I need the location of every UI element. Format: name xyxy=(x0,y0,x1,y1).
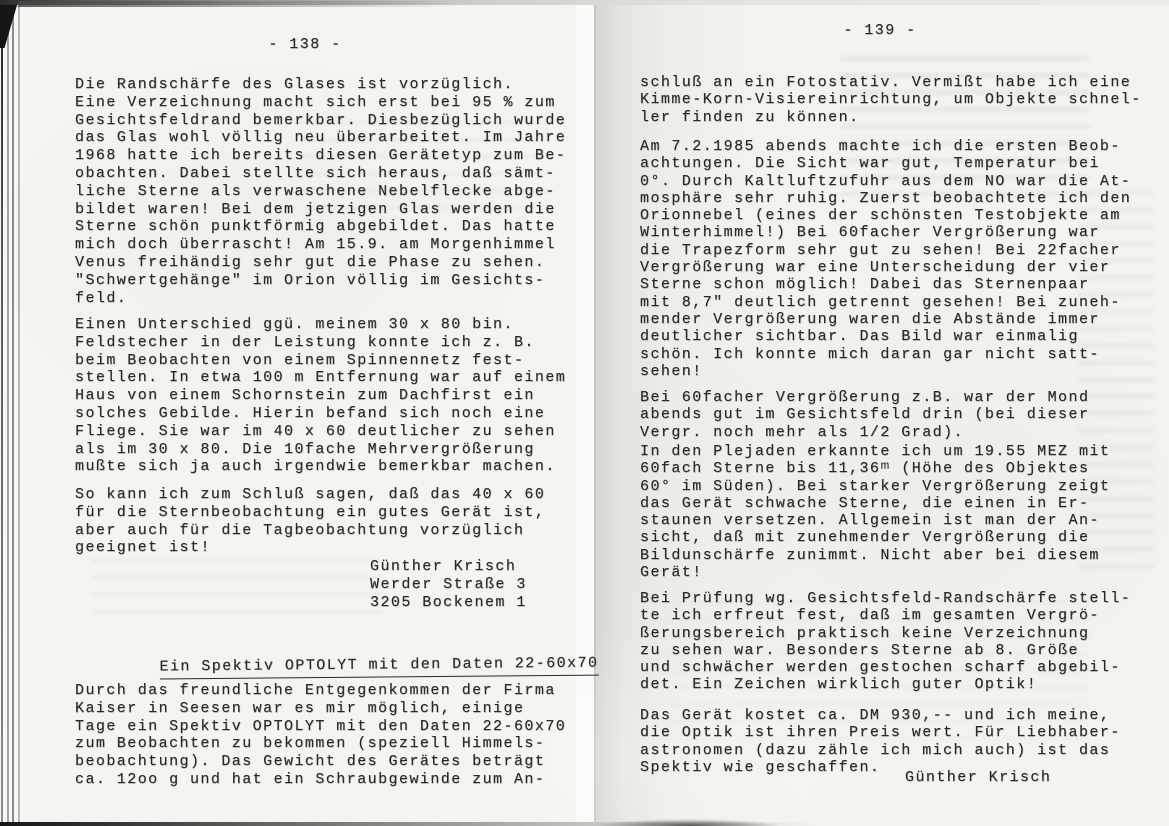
left-paragraph-3: So kann ich zum Schluß sagen, daß das 40… xyxy=(75,486,545,557)
signature-block: Günther Krisch Werder Straße 3 3205 Bock… xyxy=(370,558,527,611)
left-paragraph-1: Die Randschärfe des Glases ist vorzüglic… xyxy=(75,76,566,307)
scanned-book-spread: - 138 - Die Randschärfe des Glases ist v… xyxy=(0,0,1169,826)
page-edge-line xyxy=(7,0,9,826)
article-heading-text: Ein Spektiv OPTOLYT mit den Daten 22-60x… xyxy=(159,654,598,679)
page-number-right: - 139 - xyxy=(640,22,1120,39)
right-paragraph-3: Bei 60facher Vergrößerung z.B. war der M… xyxy=(640,389,1089,441)
bleed-through-artifact xyxy=(92,558,382,624)
right-paragraph-1: schluß an ein Fotostativ. Vermißt habe i… xyxy=(640,74,1142,126)
right-paragraph-2: Am 7.2.1985 abends machte ich die ersten… xyxy=(640,138,1131,380)
page-edge-line xyxy=(1,0,3,826)
scan-edge-top-shadow xyxy=(18,1,458,7)
left-page-edge xyxy=(576,0,594,826)
scan-edge-bottom-smudge xyxy=(598,819,778,826)
right-paragraph-4: In den Plejaden erkannte ich um 19.55 ME… xyxy=(640,443,1110,581)
signature-block: Günther Krisch xyxy=(905,769,1051,786)
page-edge-line xyxy=(12,0,14,826)
page-gutter-shadow xyxy=(594,0,596,826)
left-paragraph-4: Durch das freundliche Entgegenkommen der… xyxy=(75,682,566,789)
right-paragraph-6: Das Gerät kostet ca. DM 930,-- und ich m… xyxy=(640,707,1121,776)
page-edge-line xyxy=(18,0,20,826)
right-paragraph-5: Bei Prüfung wg. Gesichtsfeld-Randschärfe… xyxy=(640,590,1131,694)
left-paragraph-2: Einen Unterschied ggü. meinem 30 x 80 bi… xyxy=(75,316,566,476)
page-number-left: - 138 - xyxy=(75,36,535,54)
page-stack-edges xyxy=(0,0,22,826)
